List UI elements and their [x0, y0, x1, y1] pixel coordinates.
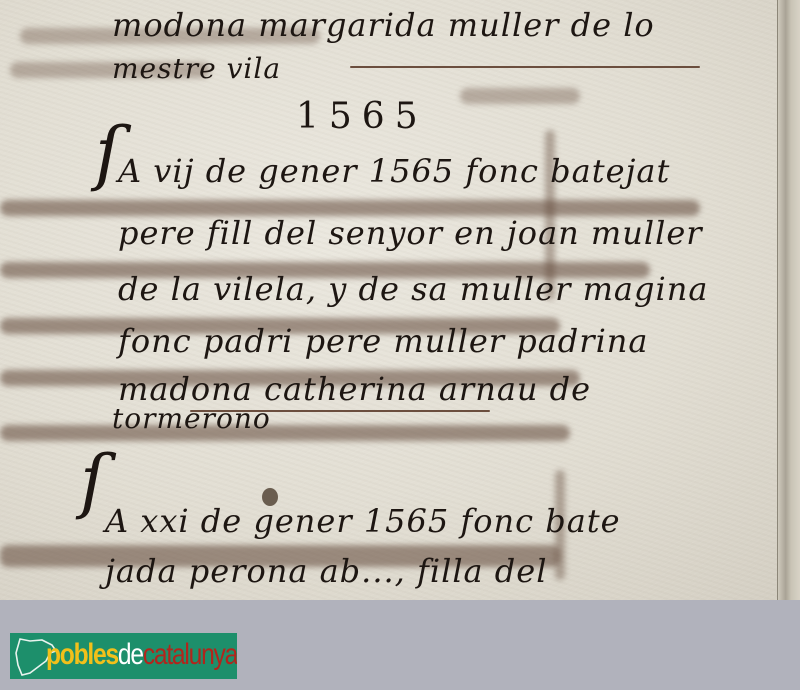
logo-wordmark: poblesdecatalunya [46, 638, 237, 672]
manuscript-line: A xxi de gener 1565 fonc bate [105, 502, 621, 540]
logo-text-pobles: pobles [46, 638, 118, 671]
manuscript-line: modona margarida muller de lo [112, 6, 655, 44]
ruled-line [190, 410, 490, 412]
manuscript-line: de la vilela, y de sa muller magina [118, 270, 708, 308]
manuscript-line: A vij de gener 1565 fonc batejat [118, 152, 670, 190]
manuscript-line: fonc padri pere muller padrina [118, 322, 648, 360]
manuscript-line: mestre vila [112, 52, 281, 85]
manuscript-line: tormerono [112, 402, 271, 435]
logo-text-catalunya: catalunya [143, 638, 237, 671]
manuscript-line: jada perona ab..., filla del [105, 552, 547, 590]
logo-text-de: de [118, 638, 143, 671]
decorated-initial: ſ [80, 440, 106, 522]
page-edge [777, 0, 800, 600]
bleed-through-stroke [460, 88, 580, 104]
manuscript-photo: modona margarida muller de lo mestre vil… [0, 0, 800, 600]
pobles-de-catalunya-logo[interactable]: poblesdecatalunya [10, 633, 237, 679]
ruled-line [350, 66, 700, 68]
year-heading: 1565 [296, 96, 428, 137]
bleed-through-stroke [0, 425, 570, 441]
manuscript-line: pere fill del senyor en joan muller [118, 214, 703, 252]
